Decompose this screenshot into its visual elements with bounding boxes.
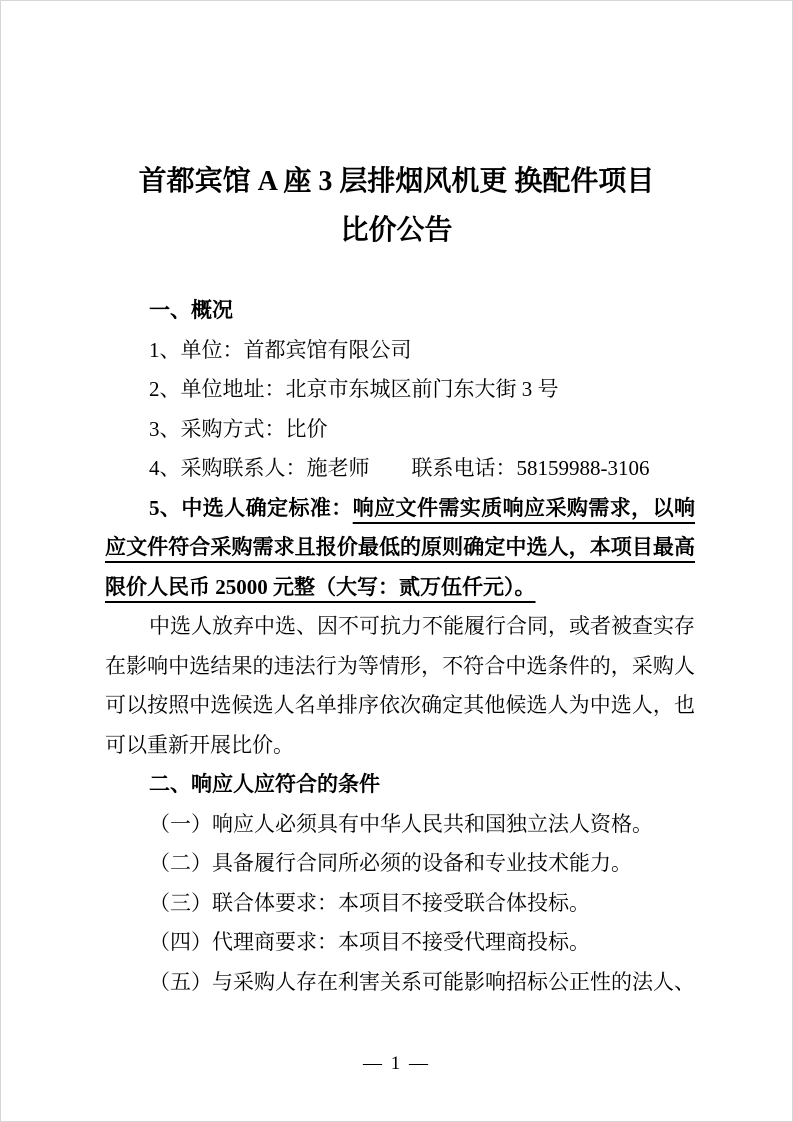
document-page: 首都宾馆 A 座 3 层排烟风机更 换配件项目 比价公告 一、概况 1、单位：首… — [0, 0, 793, 1122]
document-title: 首都宾馆 A 座 3 层排烟风机更 换配件项目 比价公告 — [1, 1, 792, 255]
section-2-condition-2: （二）具备履行合同所必须的设备和专业技术能力。 — [105, 844, 695, 884]
section-1-item-address: 2、单位地址：北京市东城区前门东大街 3 号 — [105, 370, 695, 410]
title-line-2: 比价公告 — [1, 206, 792, 255]
section-1-heading: 一、概况 — [105, 291, 695, 331]
section-1-item-unit: 1、单位：首都宾馆有限公司 — [105, 331, 695, 371]
page-number: — 1 — — [1, 1053, 792, 1075]
section-1-item-contact: 4、采购联系人：施老师 联系电话：58159988-3106 — [105, 449, 695, 489]
document-body: 一、概况 1、单位：首都宾馆有限公司 2、单位地址：北京市东城区前门东大街 3 … — [105, 291, 695, 1002]
section-2-condition-4: （四）代理商要求：本项目不接受代理商投标。 — [105, 923, 695, 963]
title-line-1: 首都宾馆 A 座 3 层排烟风机更 换配件项目 — [1, 157, 792, 206]
section-1-item-criteria: 5、中选人确定标准：响应文件需实质响应采购需求，以响应文件符合采购需求且报价最低… — [105, 489, 695, 608]
section-1-item-method: 3、采购方式：比价 — [105, 410, 695, 450]
section-1-paragraph-reselection: 中选人放弃中选、因不可抗力不能履行合同，或者被查实存在影响中选结果的违法行为等情… — [105, 607, 695, 765]
section-2-condition-5: （五）与采购人存在利害关系可能影响招标公正性的法人、 — [105, 963, 695, 1003]
criteria-lead-text: 5、中选人确定标准： — [149, 496, 353, 520]
section-2-condition-1: （一）响应人必须具有中华人民共和国独立法人资格。 — [105, 805, 695, 845]
section-2-condition-3: （三）联合体要求：本项目不接受联合体投标。 — [105, 884, 695, 924]
section-2-heading: 二、响应人应符合的条件 — [105, 765, 695, 805]
